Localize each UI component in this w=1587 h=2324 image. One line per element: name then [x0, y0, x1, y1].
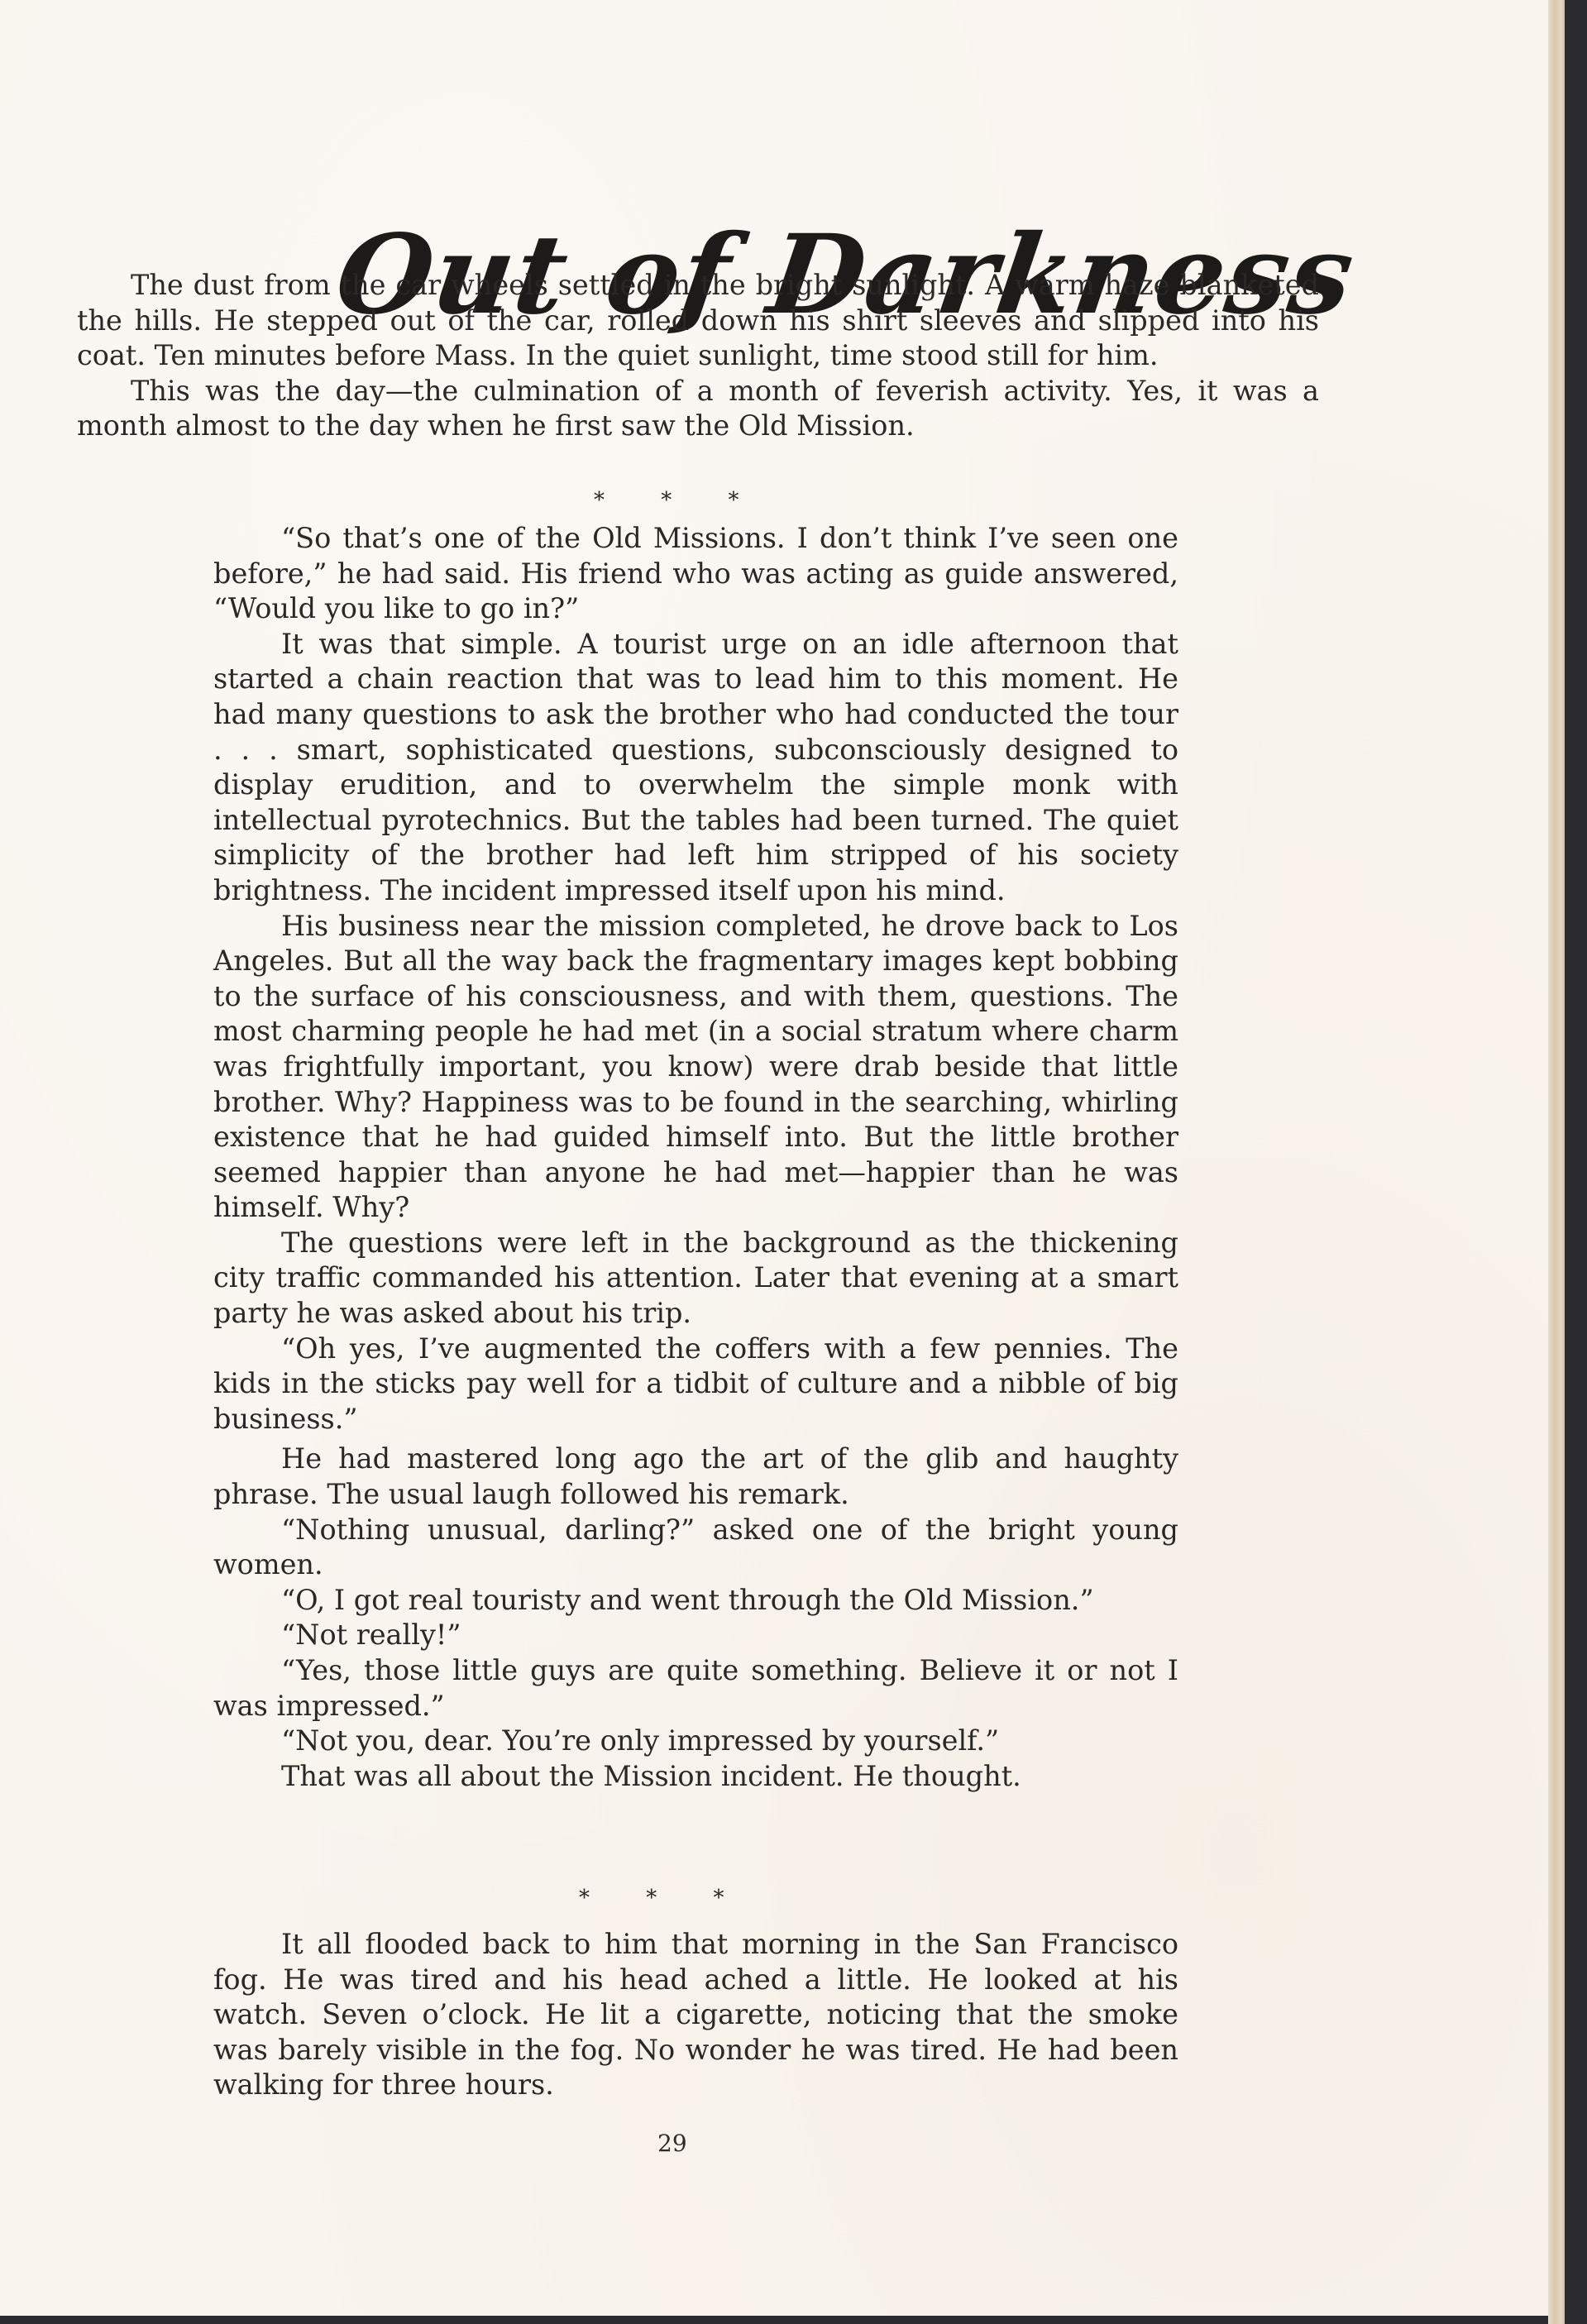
paragraph: “O, I got real touristy and went through… [213, 1583, 1178, 1619]
page-number: 29 [657, 2130, 687, 2157]
ending-text-block: It all flooded back to him that morning … [213, 1927, 1178, 2103]
book-page: Out of Darkness The dust from the car wh… [0, 0, 1548, 2316]
paragraph: “So that’s one of the Old Missions. I do… [213, 521, 1178, 627]
section-break: * * * [594, 488, 764, 513]
paragraph: That was all about the Mission incident.… [213, 1759, 1178, 1795]
paragraph: He had mastered long ago the art of the … [213, 1442, 1178, 1512]
paragraph: The dust from the car wheels settled in … [77, 268, 1319, 374]
section-break: * * * [579, 1886, 749, 1910]
main-text-block: “So that’s one of the Old Missions. I do… [213, 521, 1178, 1794]
paragraph: “Yes, those little guys are quite someth… [213, 1653, 1178, 1724]
page-edge [1548, 0, 1565, 2324]
paragraph: “Nothing unusual, darling?” asked one of… [213, 1513, 1178, 1583]
paragraph: “Not really!” [213, 1618, 1178, 1653]
paragraph: This was the day—the culmination of a mo… [77, 374, 1319, 444]
intro-text-block: The dust from the car wheels settled in … [77, 268, 1319, 444]
paragraph: The questions were left in the backgroun… [213, 1226, 1178, 1332]
paragraph: “Not you, dear. You’re only impressed by… [213, 1724, 1178, 1759]
paragraph: “Oh yes, I’ve augmented the coffers with… [213, 1332, 1178, 1437]
paragraph: His business near the mission completed,… [213, 909, 1178, 1226]
paragraph: It was that simple. A tourist urge on an… [213, 627, 1178, 909]
paragraph: It all flooded back to him that morning … [213, 1927, 1178, 2103]
